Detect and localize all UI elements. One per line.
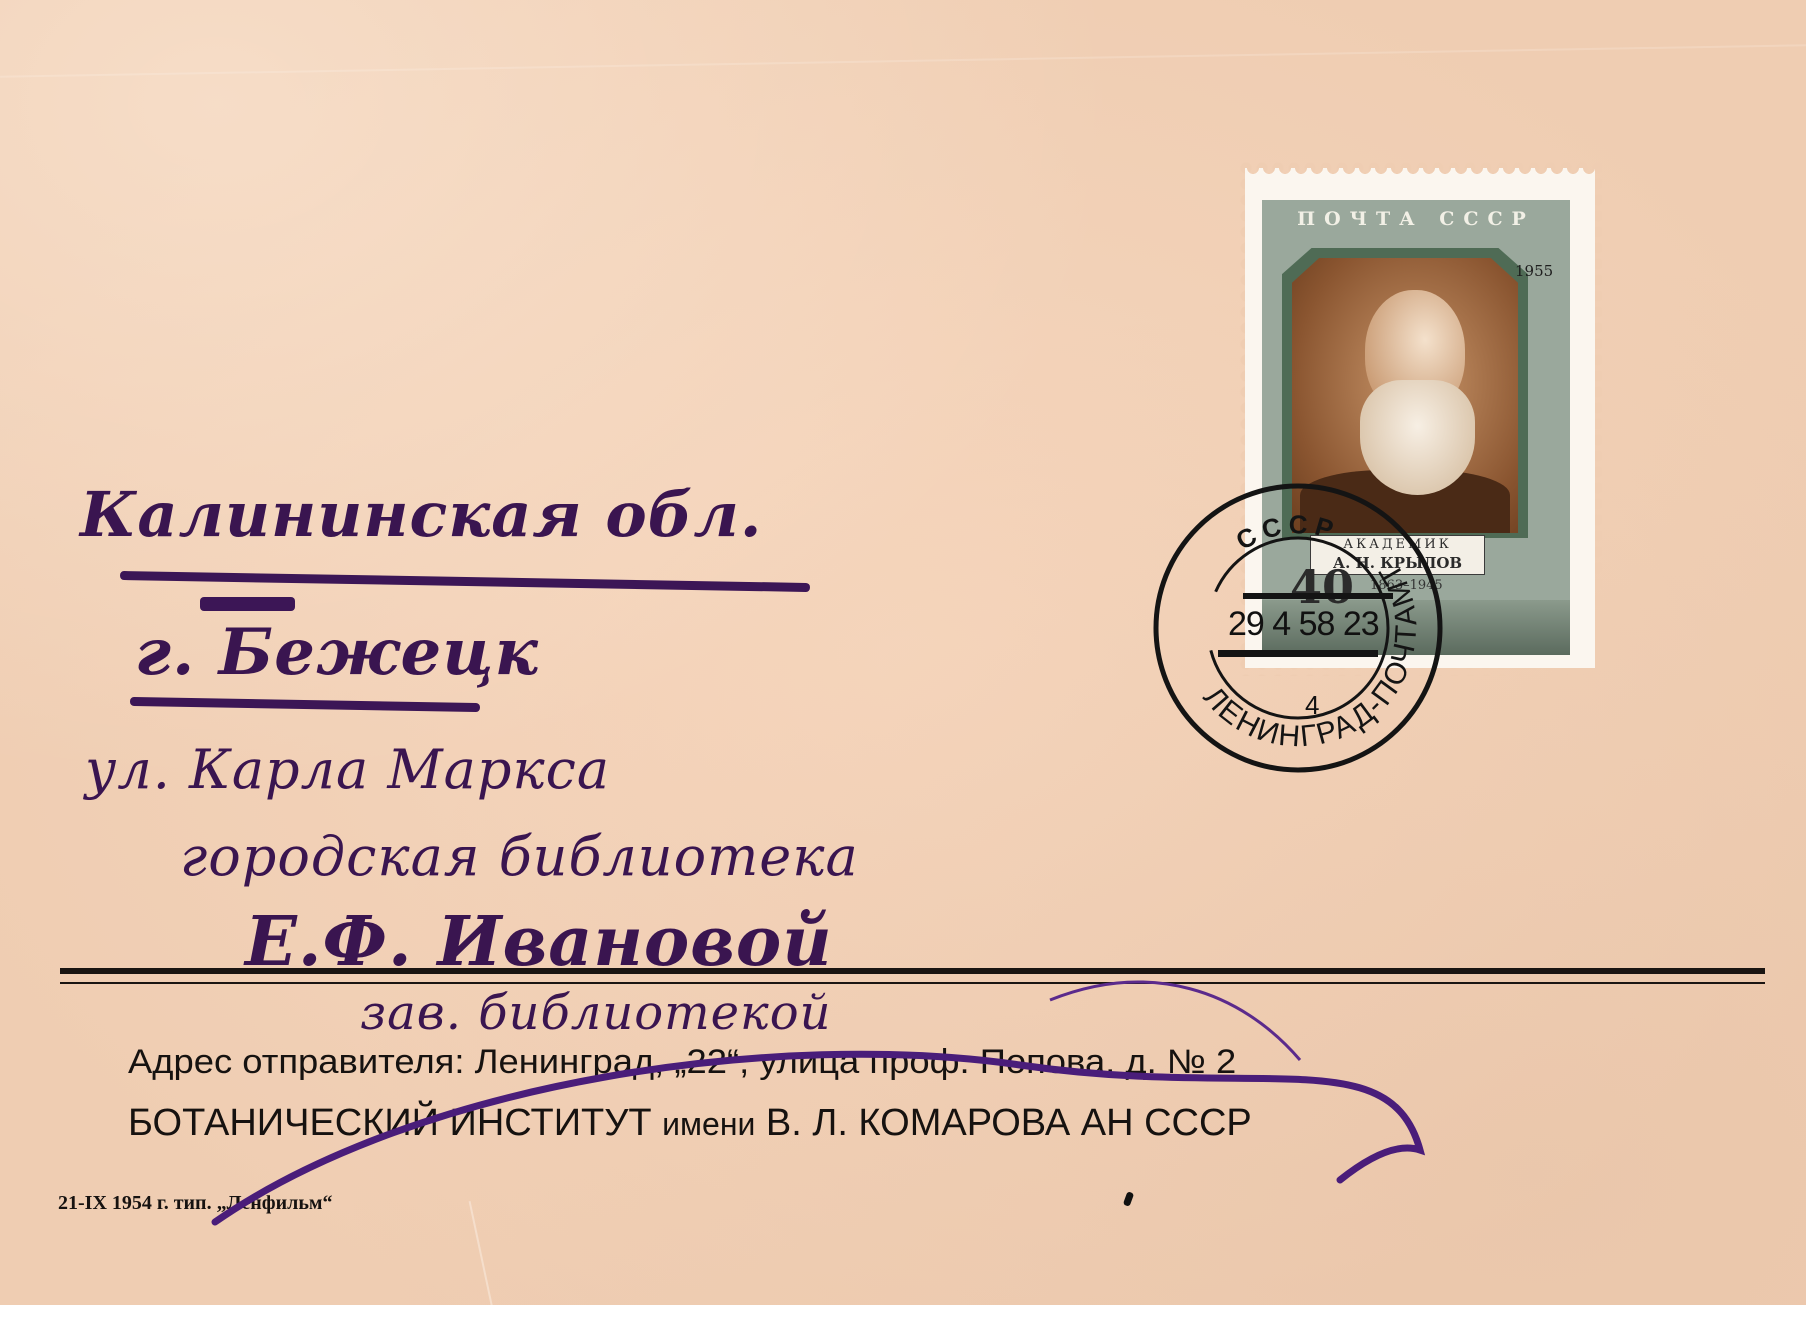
stamp-header: ПОЧТА СССР — [1262, 208, 1570, 230]
postmark-top-text: СССР — [1231, 509, 1343, 556]
svg-text:СССР: СССР — [1231, 509, 1343, 556]
stamp-year: 1955 — [1515, 262, 1553, 280]
postmark-index: 4 — [1305, 690, 1319, 721]
postmark-date: 29 4 58 23 — [1228, 605, 1379, 644]
